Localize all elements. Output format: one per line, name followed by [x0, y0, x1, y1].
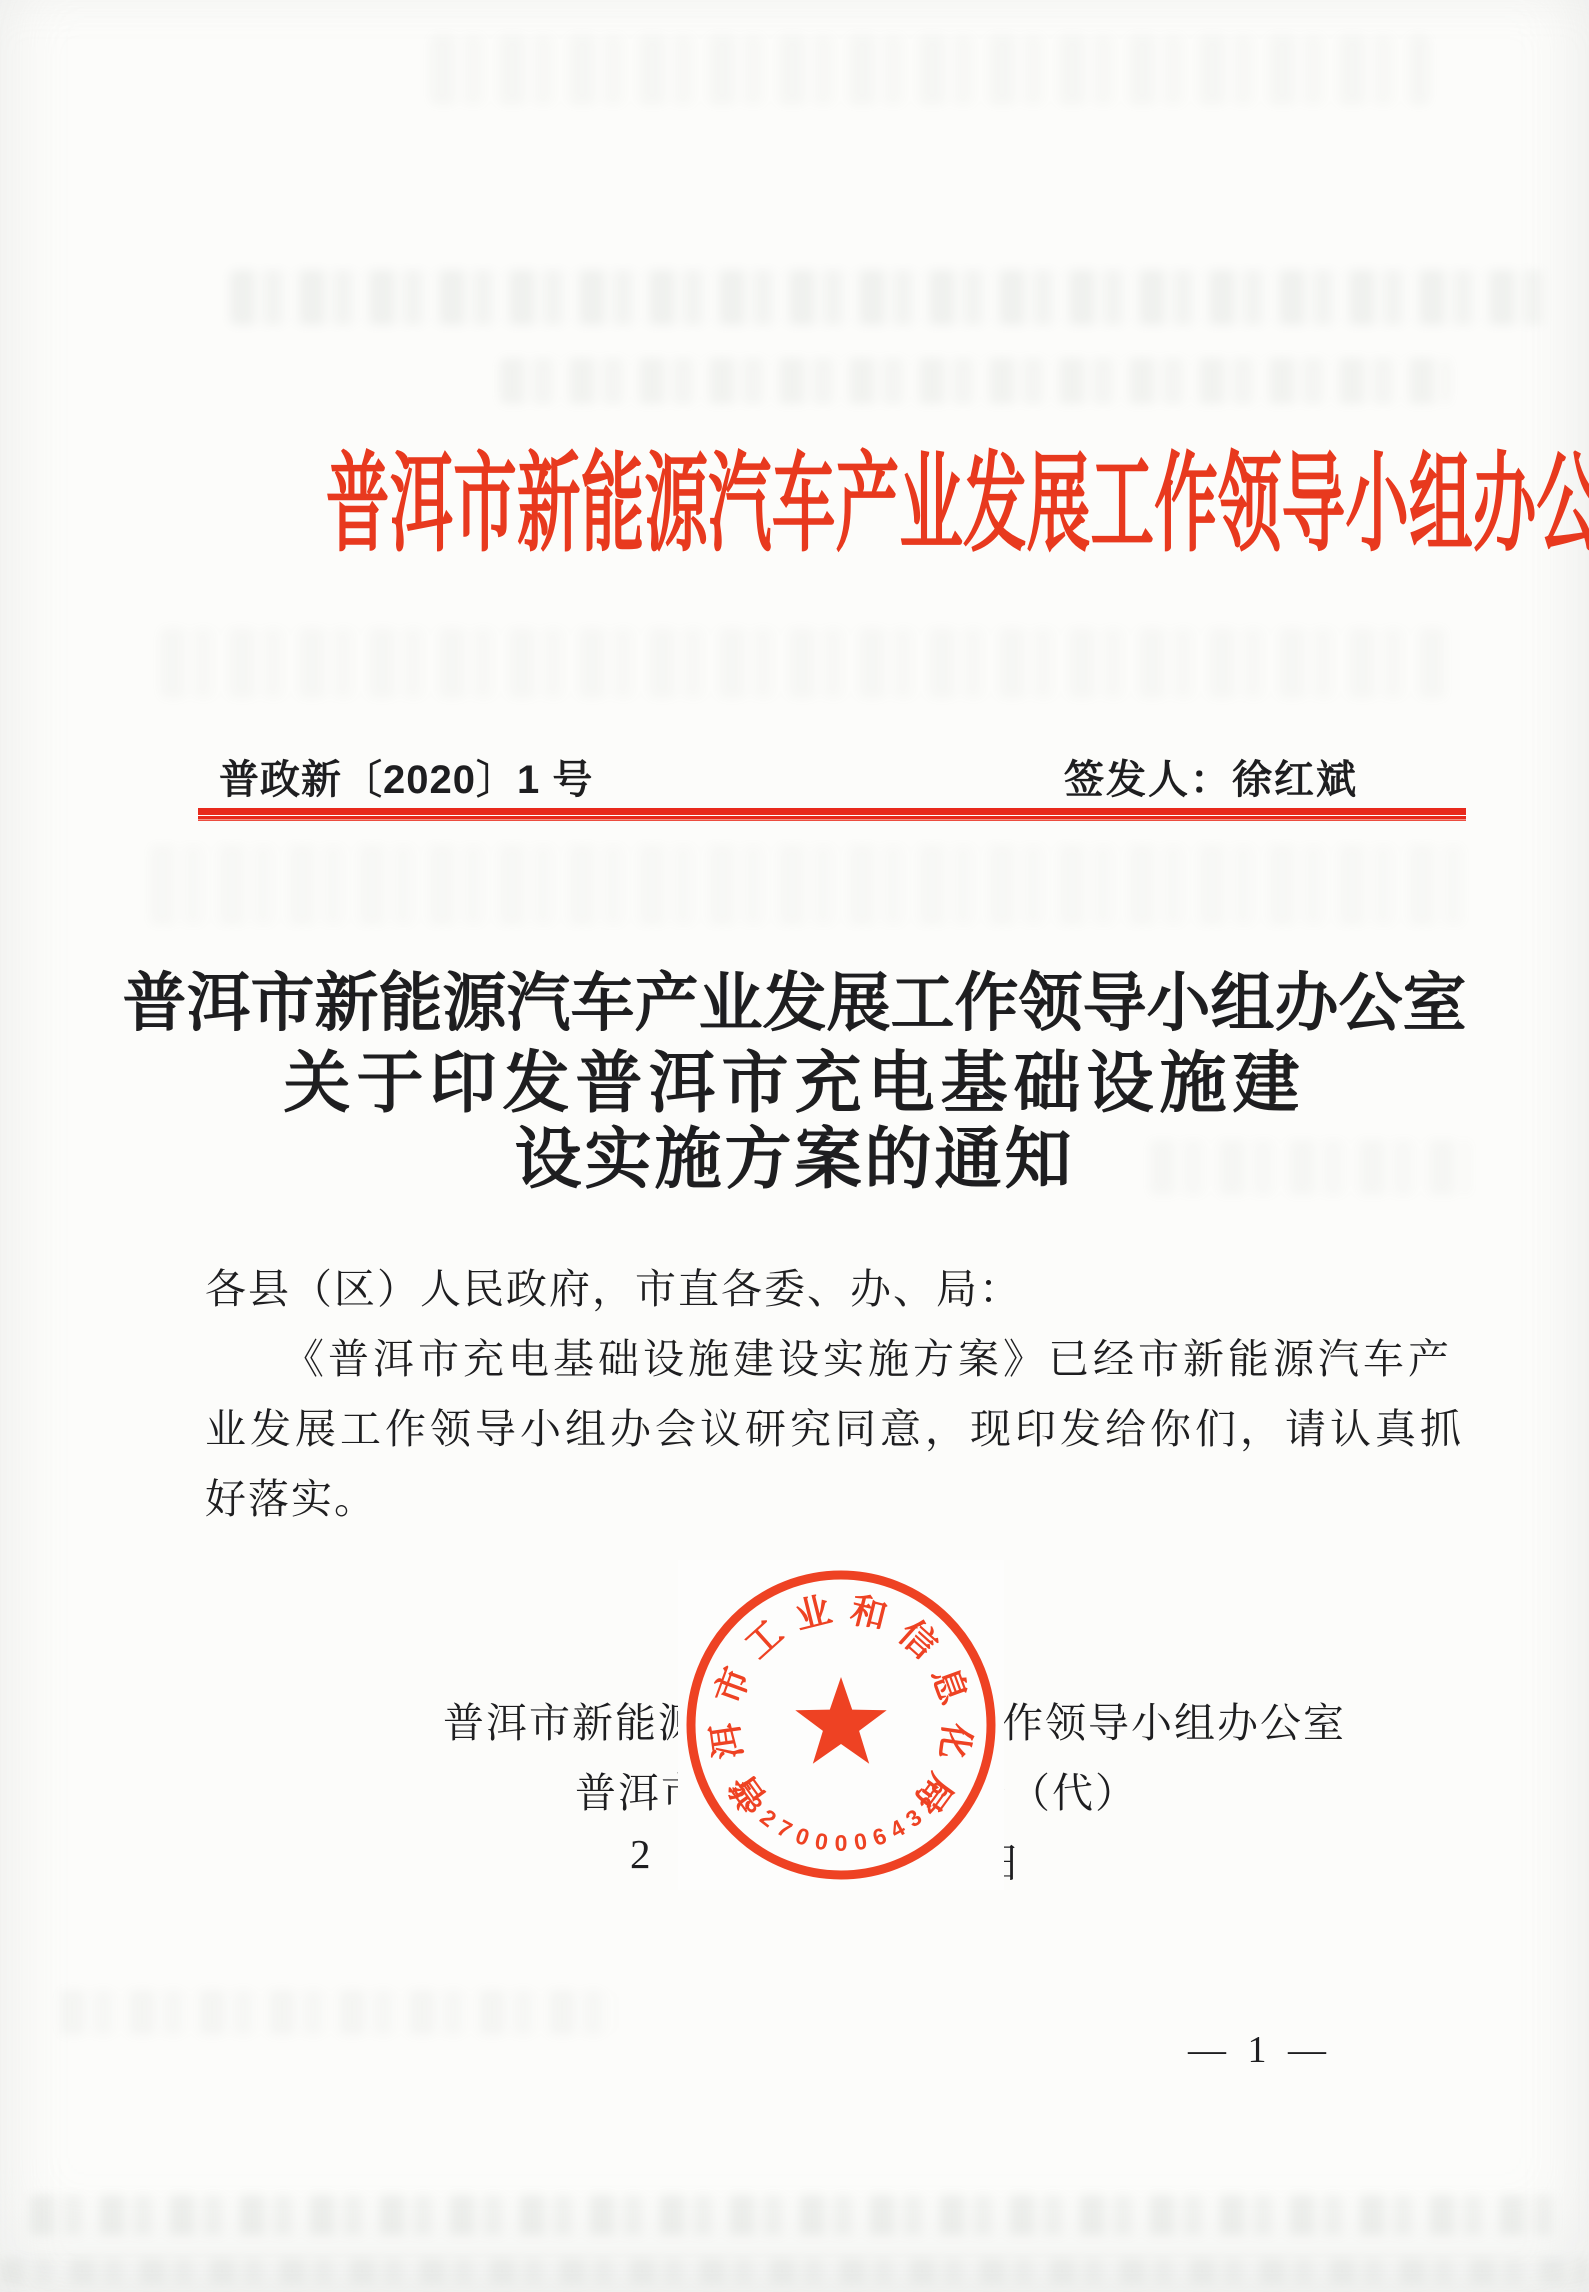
bleed-through-artifact — [500, 358, 1450, 404]
letterhead-org-title: 普洱市新能源汽车产业发展工作领导小组办公室 — [326, 452, 1264, 560]
svg-text:息: 息 — [924, 1662, 974, 1710]
body-text-line: 好落实。 — [205, 1466, 377, 1525]
bleed-through-artifact — [430, 35, 1430, 105]
official-stamp: 普洱市工业和信息化局 5327000064329 — [678, 1560, 1004, 1890]
bleed-through-artifact — [0, 2258, 1589, 2284]
bleed-through-artifact — [30, 2195, 1560, 2235]
svg-text:7: 7 — [773, 1814, 797, 1843]
signature-date-left-fragment: 2 — [630, 1830, 651, 1878]
svg-text:0: 0 — [835, 1830, 848, 1856]
svg-text:工: 工 — [737, 1613, 791, 1667]
bleed-through-artifact — [230, 270, 1550, 325]
svg-text:0: 0 — [813, 1828, 830, 1856]
bleed-through-artifact — [60, 1990, 620, 2035]
svg-text:市: 市 — [708, 1662, 758, 1710]
svg-text:0: 0 — [852, 1828, 869, 1856]
bleed-through-artifact — [150, 845, 1470, 925]
issuer-name: 签发人：徐红斌 — [1064, 748, 1358, 805]
body-text-line: 《普洱市充电基础设施建设实施方案》已经市新能源汽车产 — [205, 1326, 1453, 1385]
svg-text:洱: 洱 — [705, 1720, 750, 1761]
bleed-through-artifact — [160, 628, 1450, 698]
svg-text:信: 信 — [891, 1613, 945, 1667]
svg-text:和: 和 — [847, 1590, 892, 1638]
document-reference-number: 普政新〔2020〕1 号 — [219, 748, 593, 805]
svg-text:0: 0 — [792, 1822, 813, 1851]
notice-title-line3: 设实施方案的通知 — [0, 1106, 1589, 1202]
stamp-star-icon — [795, 1677, 886, 1764]
svg-text:业: 业 — [791, 1590, 836, 1638]
official-stamp-svg: 普洱市工业和信息化局 5327000064329 — [678, 1560, 1004, 1890]
svg-text:6: 6 — [869, 1822, 890, 1851]
salutation-line: 各县（区）人民政府，市直各委、办、局： — [205, 1256, 1022, 1315]
body-text-line: 业发展工作领导小组办会议研究同意，现印发给你们，请认真抓 — [205, 1396, 1465, 1455]
svg-text:化: 化 — [933, 1719, 978, 1761]
page-number: — 1 — — [1188, 2028, 1332, 2072]
scanned-document-page: 普洱市新能源汽车产业发展工作领导小组办公室 普政新〔2020〕1 号 签发人：徐… — [0, 0, 1589, 2292]
red-separator-line — [198, 808, 1466, 821]
